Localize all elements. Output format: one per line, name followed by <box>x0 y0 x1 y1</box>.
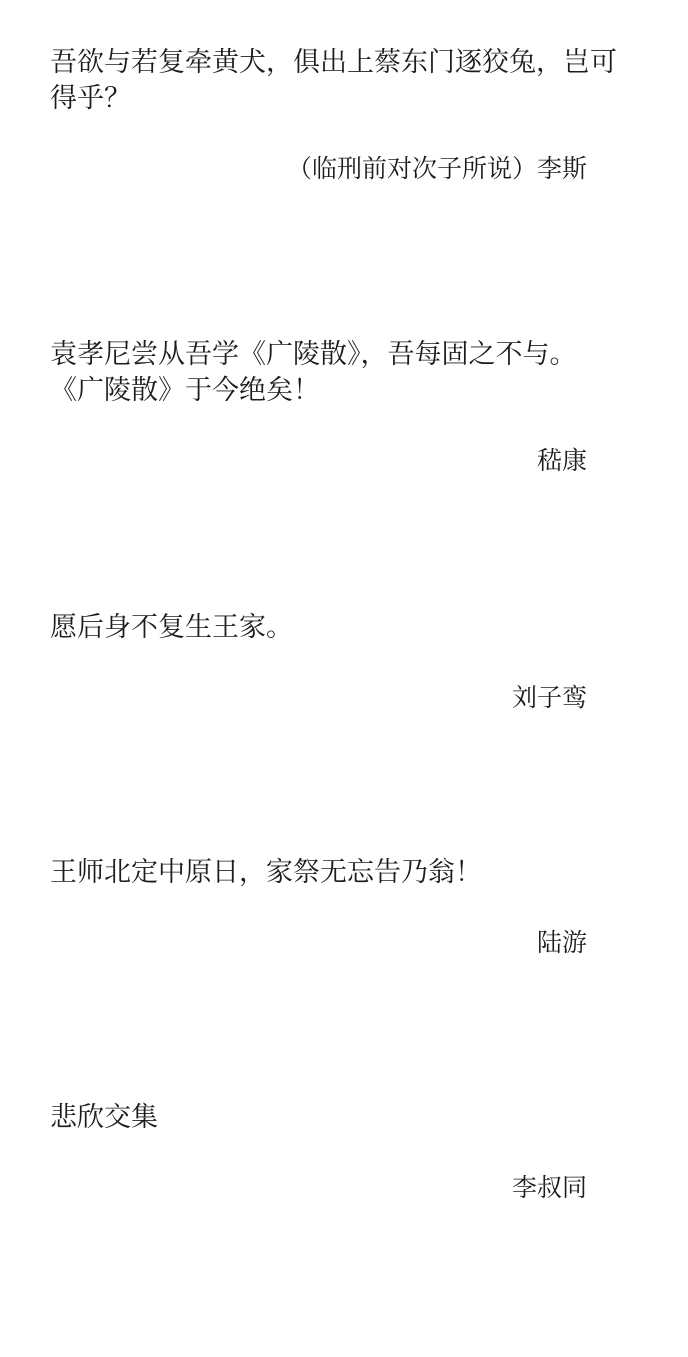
document-page: 吾欲与若复牵黄犬，俱出上蔡东门逐狡兔，岂可 得乎？ （临刑前对次子所说）李斯 袁… <box>0 0 688 1357</box>
quote-attribution: （临刑前对次子所说）李斯 <box>50 152 648 188</box>
quote-attribution: 嵇康 <box>50 444 648 480</box>
quote-text-line: 愿后身不复生王家。 <box>50 609 648 645</box>
quote-attribution: 刘子鸾 <box>50 681 648 717</box>
quote-text-line: 《广陵散》于今绝矣！ <box>50 372 648 408</box>
quote-block-lishutong: 悲欣交集 李叔同 <box>50 1099 648 1207</box>
quote-attribution: 陆游 <box>50 926 648 962</box>
quote-text-line: 吾欲与若复牵黄犬，俱出上蔡东门逐狡兔，岂可 <box>50 44 648 80</box>
quote-text-line: 王师北定中原日，家祭无忘告乃翁！ <box>50 854 648 890</box>
quote-text-line: 悲欣交集 <box>50 1099 648 1135</box>
quote-block-liuziluan: 愿后身不复生王家。 刘子鸾 <box>50 609 648 717</box>
quote-block-jikang: 袁孝尼尝从吾学《广陵散》，吾每固之不与。 《广陵散》于今绝矣！ 嵇康 <box>50 336 648 480</box>
quote-attribution: 李叔同 <box>50 1171 648 1207</box>
quote-text-line: 得乎？ <box>50 80 648 116</box>
quote-block-luyou: 王师北定中原日，家祭无忘告乃翁！ 陆游 <box>50 854 648 962</box>
quote-text-line: 袁孝尼尝从吾学《广陵散》，吾每固之不与。 <box>50 336 648 372</box>
quote-block-lisi: 吾欲与若复牵黄犬，俱出上蔡东门逐狡兔，岂可 得乎？ （临刑前对次子所说）李斯 <box>50 44 648 188</box>
